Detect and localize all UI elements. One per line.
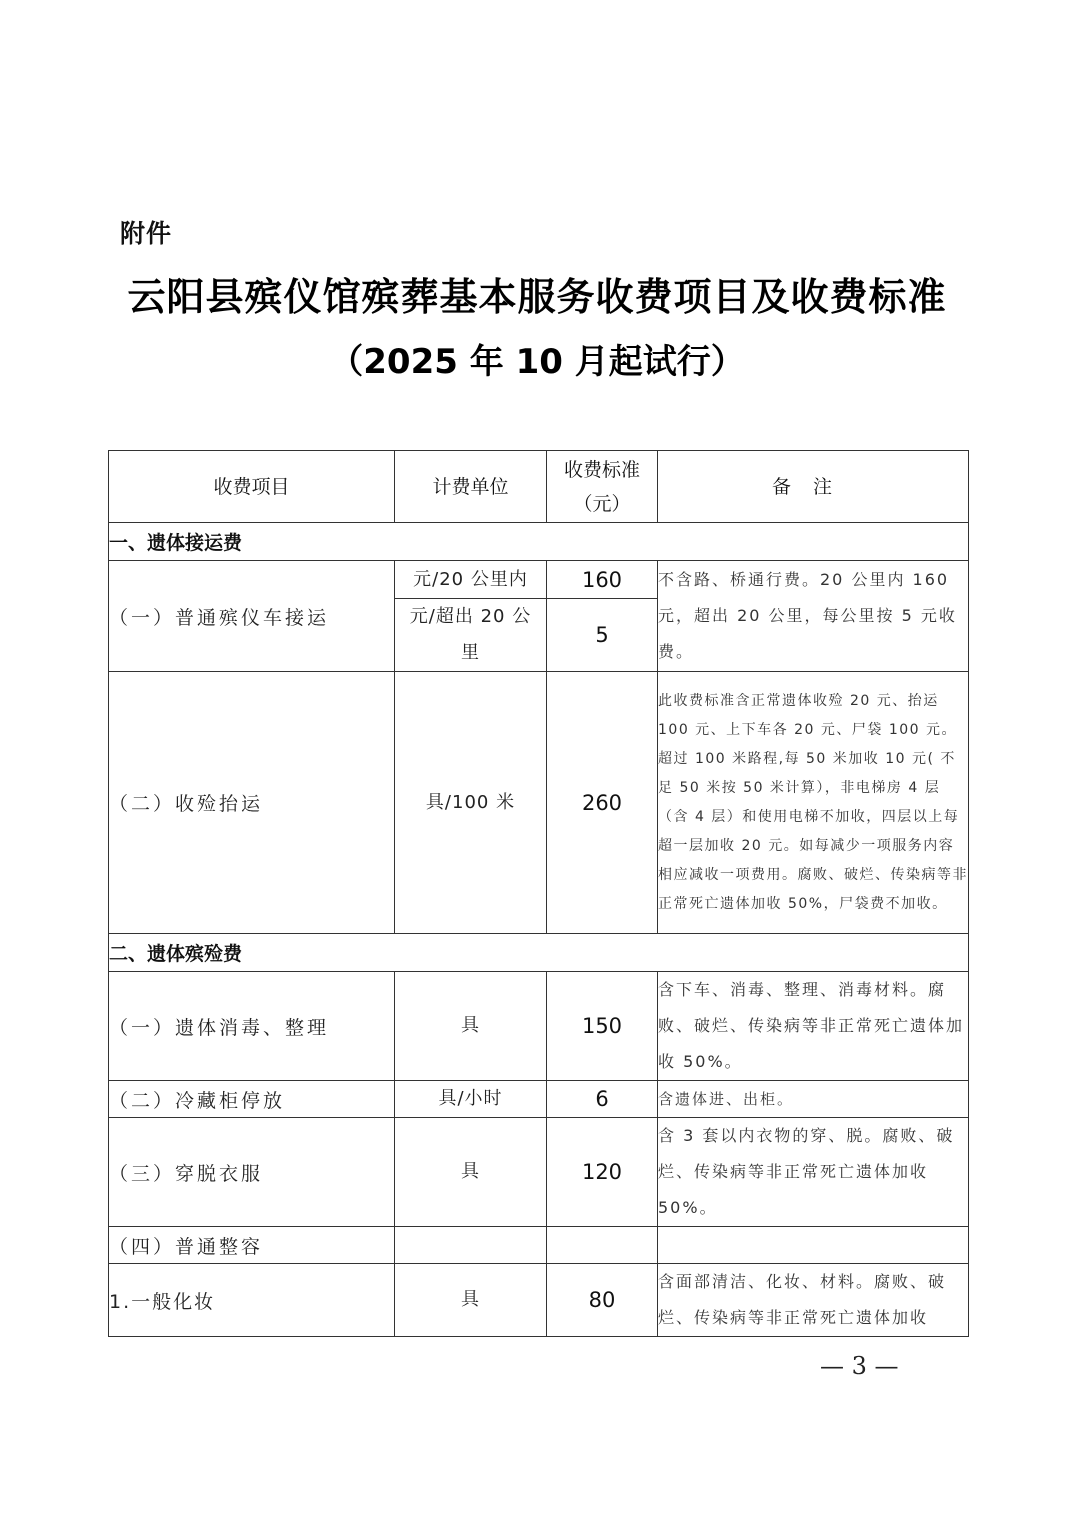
unit-cell: 具 [395, 1118, 547, 1227]
table-row: （三）穿脱衣服 具 120 含 3 套以内衣物的穿、脱。腐败、破烂、传染病等非正… [109, 1118, 969, 1227]
section-title: 一、遗体接运费 [109, 523, 969, 561]
section-row: 一、遗体接运费 [109, 523, 969, 561]
note-cell: 此收费标准含正常遗体收殓 20 元、抬运 100 元、上下车各 20 元、尸袋 … [658, 672, 969, 934]
item-cell: （一）遗体消毒、整理 [109, 972, 395, 1081]
price-cell: 260 [547, 672, 658, 934]
note-cell: 含遗体进、出柜。 [658, 1081, 969, 1118]
price-cell: 150 [547, 972, 658, 1081]
table-row: （四）普通整容 [109, 1227, 969, 1264]
price-cell: 5 [547, 599, 658, 672]
header-price-line2: （元） [547, 487, 657, 521]
item-cell: （一）普通殡仪车接运 [109, 561, 395, 672]
document-title: 云阳县殡仪馆殡葬基本服务收费项目及收费标准 [0, 266, 1074, 321]
section-row: 二、遗体殡殓费 [109, 934, 969, 972]
note-cell [658, 1227, 969, 1264]
item-cell: （二）收殓抬运 [109, 672, 395, 934]
table-row: （一）遗体消毒、整理 具 150 含下车、消毒、整理、消毒材料。腐败、破烂、传染… [109, 972, 969, 1081]
table-row: （一）普通殡仪车接运 元/20 公里内 160 不含路、桥通行费。20 公里内 … [109, 561, 969, 599]
section-title: 二、遗体殡殓费 [109, 934, 969, 972]
document-subtitle: （2025 年 10 月起试行） [0, 334, 1074, 383]
unit-cell: 具 [395, 972, 547, 1081]
table-row: （二）收殓抬运 具/100 米 260 此收费标准含正常遗体收殓 20 元、抬运… [109, 672, 969, 934]
unit-cell: 元/超出 20 公里 [395, 599, 547, 672]
note-cell: 含下车、消毒、整理、消毒材料。腐败、破烂、传染病等非正常死亡遗体加收 50%。 [658, 972, 969, 1081]
note-cell: 含 3 套以内衣物的穿、脱。腐败、破烂、传染病等非正常死亡遗体加收 50%。 [658, 1118, 969, 1227]
unit-cell: 具/小时 [395, 1081, 547, 1118]
unit-cell: 具/100 米 [395, 672, 547, 934]
note-cell: 不含路、桥通行费。20 公里内 160 元，超出 20 公里，每公里按 5 元收… [658, 561, 969, 672]
price-cell: 80 [547, 1264, 658, 1337]
header-note: 备注 [658, 451, 969, 523]
table-header-row: 收费项目 计费单位 收费标准 （元） 备注 [109, 451, 969, 523]
price-cell [547, 1227, 658, 1264]
unit-cell: 具 [395, 1264, 547, 1337]
unit-cell [395, 1227, 547, 1264]
unit-cell: 元/20 公里内 [395, 561, 547, 599]
note-cell: 含面部清洁、化妆、材料。腐败、破烂、传染病等非正常死亡遗体加收 [658, 1264, 969, 1337]
item-cell: 1.一般化妆 [109, 1264, 395, 1337]
price-cell: 160 [547, 561, 658, 599]
fee-table: 收费项目 计费单位 收费标准 （元） 备注 一、遗体接运费 （一）普通殡仪车接运… [108, 450, 969, 1337]
header-price-line1: 收费标准 [547, 453, 657, 487]
item-cell: （二）冷藏柜停放 [109, 1081, 395, 1118]
price-cell: 6 [547, 1081, 658, 1118]
item-cell: （三）穿脱衣服 [109, 1118, 395, 1227]
header-price: 收费标准 （元） [547, 451, 658, 523]
item-cell: （四）普通整容 [109, 1227, 395, 1264]
attachment-label: 附件 [120, 214, 172, 250]
page-number: — 3 — [820, 1352, 899, 1380]
price-cell: 120 [547, 1118, 658, 1227]
table-row: 1.一般化妆 具 80 含面部清洁、化妆、材料。腐败、破烂、传染病等非正常死亡遗… [109, 1264, 969, 1337]
table-row: （二）冷藏柜停放 具/小时 6 含遗体进、出柜。 [109, 1081, 969, 1118]
header-item: 收费项目 [109, 451, 395, 523]
header-unit: 计费单位 [395, 451, 547, 523]
